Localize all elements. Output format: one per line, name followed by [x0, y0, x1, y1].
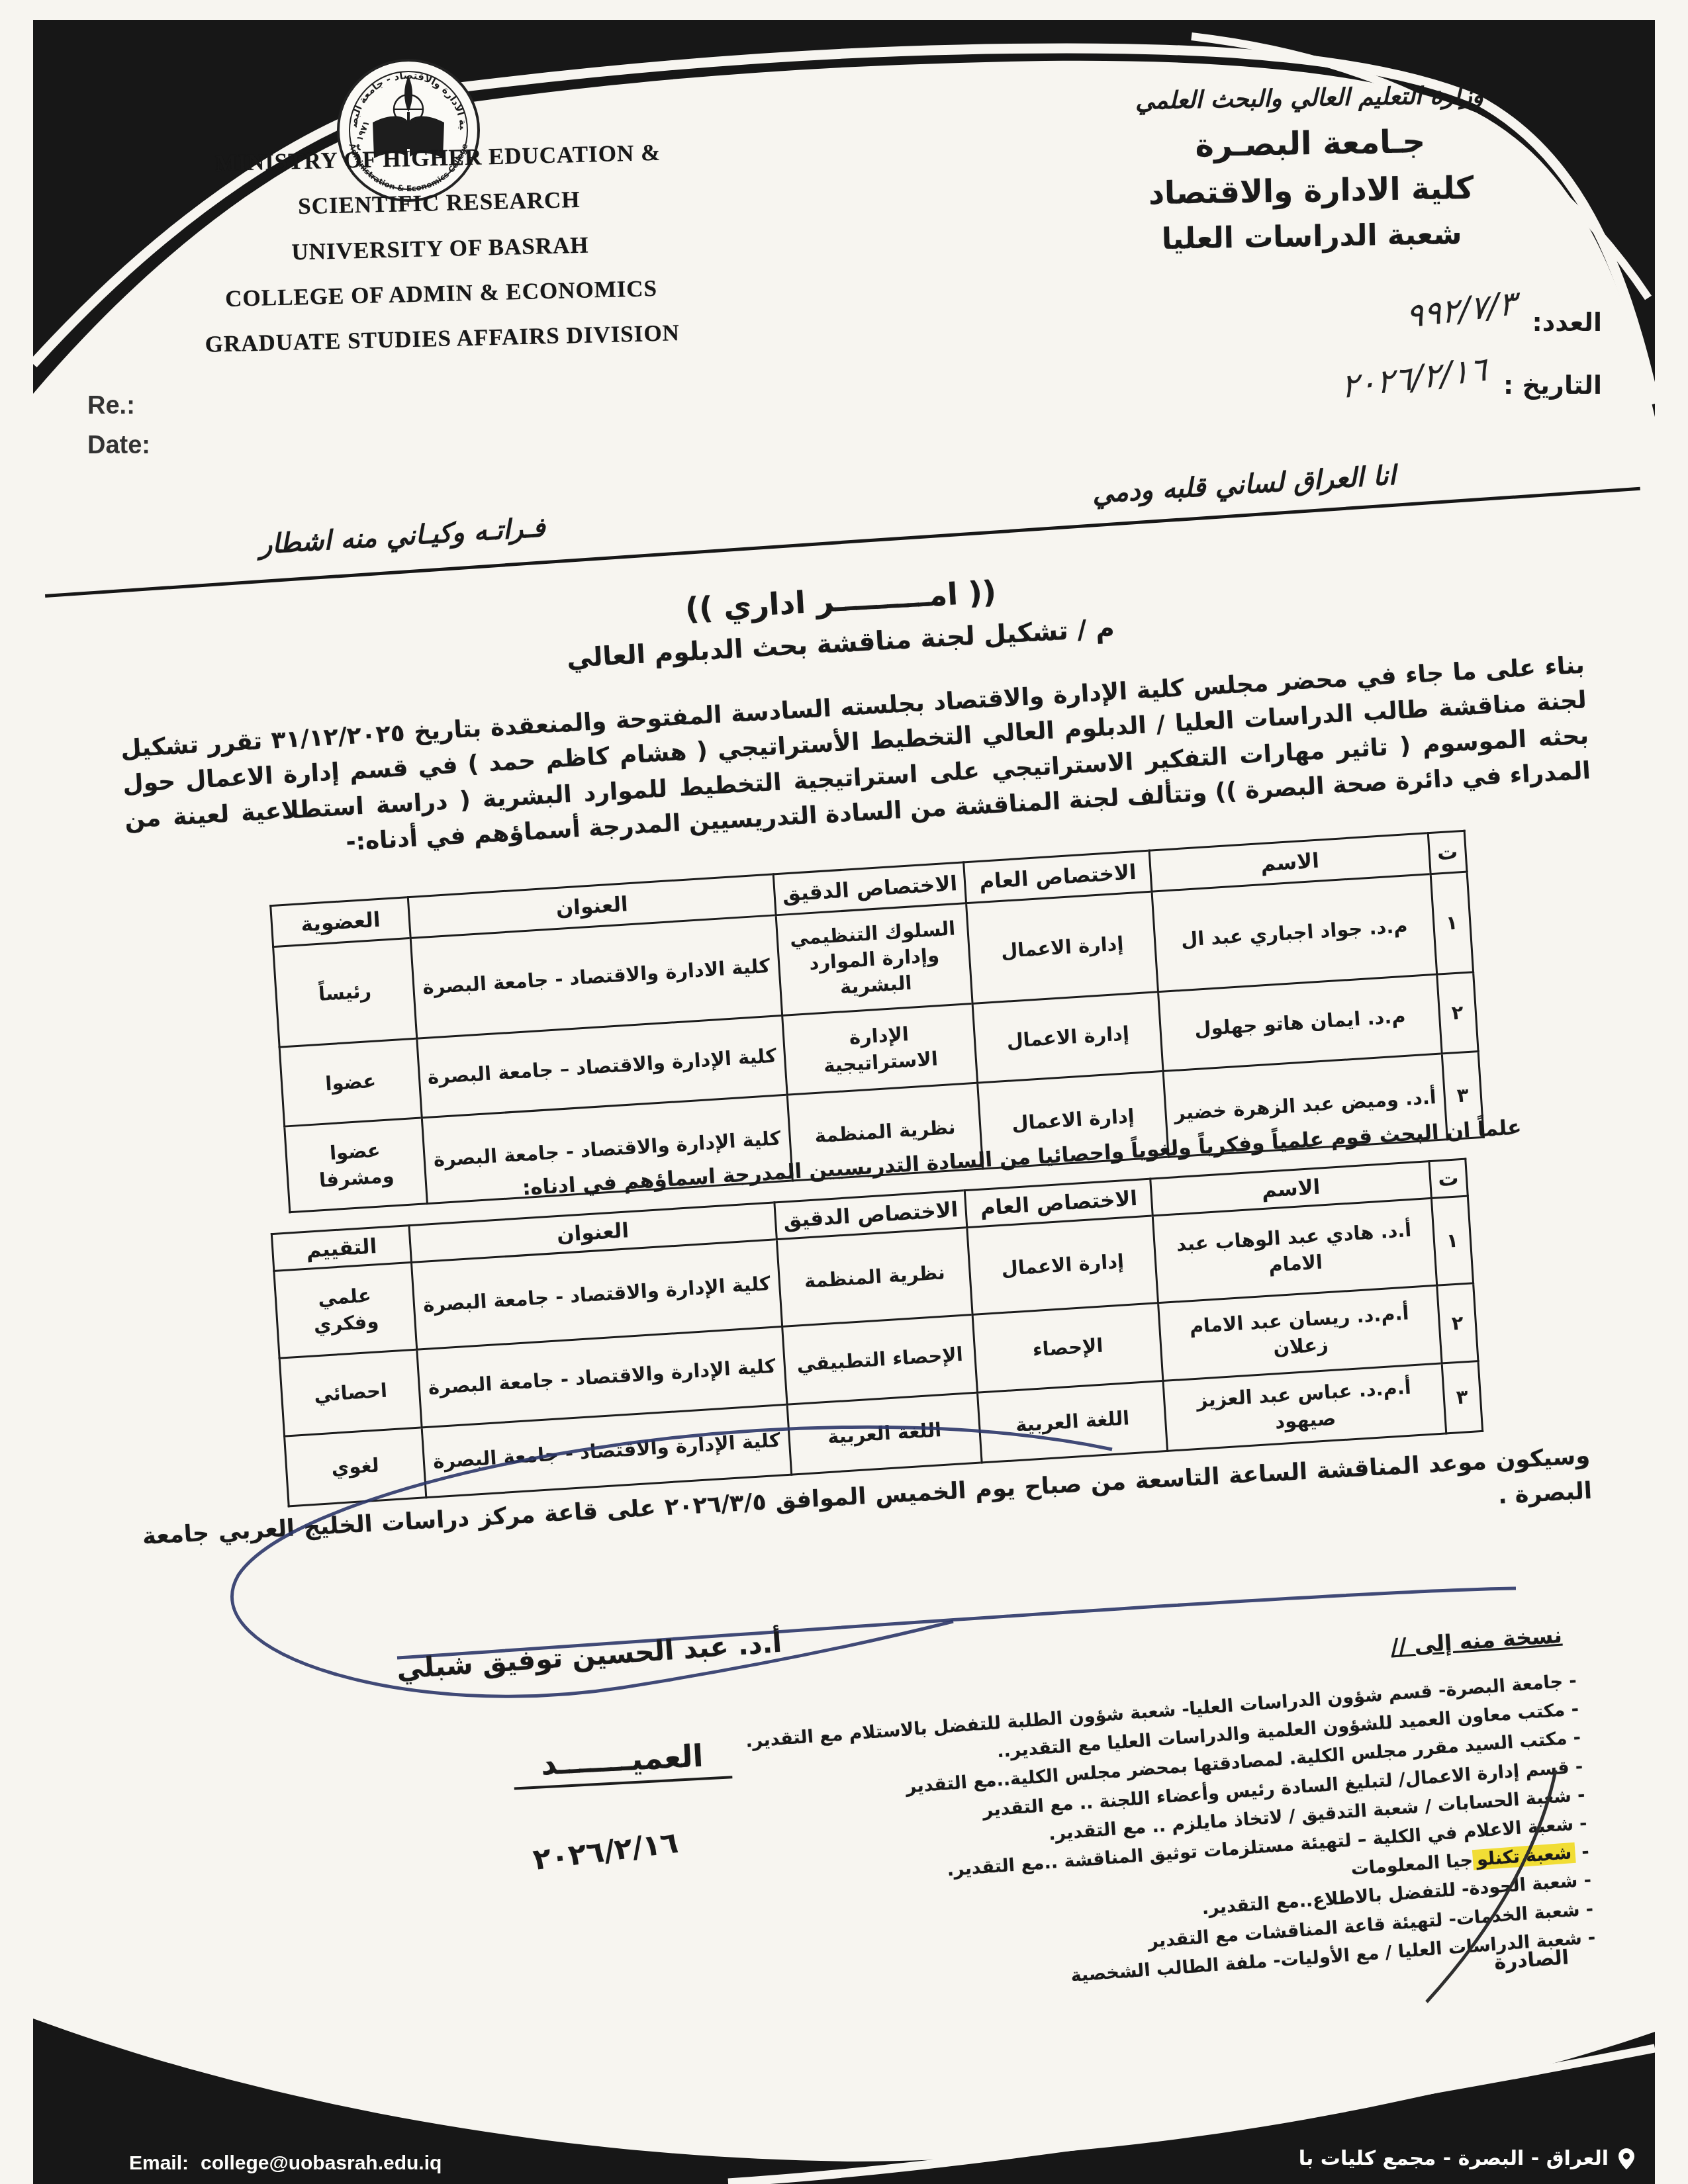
- letterhead-arabic: وزارة التعليم العالي والبحث العلمي جـامع…: [1078, 81, 1544, 257]
- evaluation-header-cell: ت: [1429, 1159, 1468, 1198]
- email-value: college@uobasrah.edu.iq: [201, 2152, 442, 2175]
- pen-stroke: [1390, 1760, 1589, 2012]
- committee-header-cell: ت: [1428, 831, 1467, 874]
- committee-cell: عضوا: [279, 1038, 422, 1126]
- evaluation-cell: إدارة الاعمال: [967, 1216, 1158, 1314]
- date-label: التاريخ :: [1503, 371, 1602, 400]
- document-date-row: التاريخ : ٢٠٢٦/٢/١٦: [1185, 371, 1602, 400]
- location-pin-icon: [1618, 2148, 1635, 2170]
- re-label: Re.:: [87, 392, 135, 420]
- evaluation-cell: نظرية المنظمة: [776, 1228, 972, 1327]
- number-label: العدد:: [1532, 308, 1602, 337]
- scanned-document-page: كلية الادارة والاقتصاد - جامعة البصرة Ad…: [0, 0, 1688, 2184]
- email-label: Email:: [129, 2152, 189, 2175]
- committee-cell: الإدارة الاستراتيجية: [782, 1003, 978, 1095]
- evaluation-cell: ١: [1431, 1196, 1473, 1285]
- committee-cell: إدارة الاعمال: [966, 891, 1158, 1003]
- committee-cell: ٢: [1436, 972, 1478, 1054]
- motto-left-half: فـراتـه وكيـاني منه اشطار: [258, 512, 546, 560]
- evaluation-cell: علمي وفكري: [274, 1262, 417, 1358]
- location-text: العراق - البصرة - مجمع كليات با: [1299, 2147, 1609, 2170]
- document-number-row: العدد: ٩٩٢/٧/٣: [1218, 308, 1602, 337]
- committee-cell: ١: [1430, 872, 1474, 974]
- evaluation-cell: أ.د. هادي عبد الوهاب عبد الامام: [1152, 1199, 1436, 1303]
- date-en-label: Date:: [87, 432, 150, 460]
- committee-cell: رئيساً: [273, 938, 417, 1048]
- footer-location: العراق - البصرة - مجمع كليات با: [1185, 2147, 1635, 2170]
- signature-date: ٢٠٢٦/٢/١٦: [492, 1821, 720, 1882]
- committee-cell: السلوك التنظيمي وإدارة الموارد البشرية: [776, 903, 972, 1016]
- evaluation-cell: ٢: [1436, 1283, 1478, 1363]
- committee-cell: إدارة الاعمال: [972, 992, 1163, 1083]
- footer-email: Email: college@uobasrah.edu.iq: [129, 2152, 442, 2175]
- letterhead-english: MINISTRY OF HIGHER EDUCATION & SCIENTIFI…: [160, 129, 721, 369]
- committee-cell: م.د. جواد اجباري عبد ال: [1152, 874, 1436, 992]
- college-line-ar: كلية الادارة والاقتصاد: [1079, 169, 1543, 213]
- university-line-ar: جـامعة البصـرة: [1078, 121, 1542, 166]
- motto-verse: انا العراق لساني قلبه ودمي فـراتـه وكيـا…: [258, 461, 1397, 561]
- motto-right-half: انا العراق لساني قلبه ودمي: [1092, 461, 1397, 510]
